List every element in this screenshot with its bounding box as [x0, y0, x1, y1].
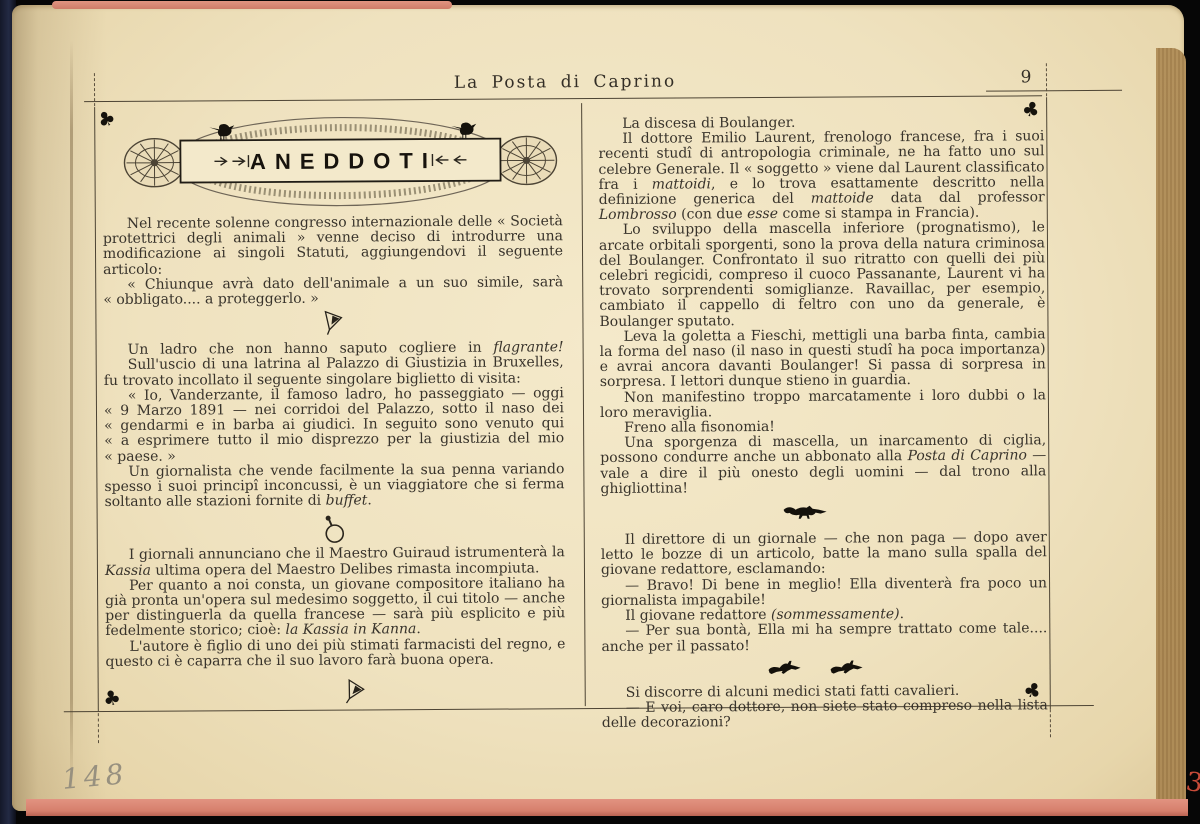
paragraph: Per quanto a noi consta, un giovane comp… [105, 576, 565, 640]
frame-tick-top-right [1046, 63, 1047, 96]
hares-icon [768, 659, 868, 677]
pennant-icon [322, 311, 344, 336]
book-page-scan: La Posta di Caprino 9 ♣ ♣ ♣ ♣ [0, 0, 1200, 824]
left-column: Nel recente solenne congresso internazio… [103, 214, 566, 707]
fox-icon [783, 504, 829, 524]
hare-icon [831, 660, 863, 673]
frame-tick-top-left [94, 73, 95, 106]
paragraph: Non manifestino troppo marcatamente i lo… [600, 388, 1046, 421]
banner-title: ANEDDOTI [250, 148, 437, 174]
monocle-icon [324, 515, 346, 545]
shell-ornament-right [496, 136, 556, 184]
header-rule-right [986, 90, 1122, 92]
paragraph: Un giornalista che vende facilmente la s… [104, 462, 564, 510]
red-edge-mark: 3 [1184, 767, 1200, 799]
quote-line: « Chiunque avrà dato dell'animale a un s… [103, 275, 563, 293]
right-column: La discesa di Boulanger. Il dottore Emil… [598, 114, 1048, 731]
paragraph: L'autore è figlio di uno dei più stimati… [105, 637, 565, 670]
paragraph: I giornali annunciano che il Maestro Gui… [105, 546, 565, 579]
section-banner: ANEDDOTI [114, 111, 567, 212]
quote-line: « obbligato.... a proteggerlo. » [103, 290, 563, 308]
paragraph: — E voi, caro dottore, non siete stato c… [602, 698, 1048, 731]
paragraph: — Bravo! Di bene in meglio! Ella divente… [601, 576, 1047, 609]
quote-line: « a esprimere tutto il mio disprezzo per… [104, 432, 564, 450]
paragraph: Lo sviluppo della mascella inferiore (pr… [599, 221, 1046, 330]
header-rule [84, 95, 1042, 102]
frame-tick-bottom-left [98, 713, 99, 743]
handwritten-page-number: 148 [61, 757, 129, 796]
paragraph: Nel recente solenne congresso internazio… [103, 214, 563, 278]
paragraph: Sull'uscio di una latrina al Palazzo di … [104, 356, 564, 389]
pennant-icon [341, 679, 368, 708]
frame-tick-bottom-right [1050, 709, 1051, 737]
running-head-title: La Posta di Caprino [405, 71, 725, 93]
column-divider-rule [581, 103, 586, 706]
paragraph: Una sporgenza di mascella, un inarcament… [600, 434, 1046, 498]
paragraph: — Per sua bontà, Ella mi ha sempre tratt… [601, 622, 1047, 655]
hare-icon [769, 660, 801, 673]
paragraph: Il direttore di un giornale — che non pa… [601, 530, 1047, 578]
printed-area: La Posta di Caprino 9 ♣ ♣ ♣ ♣ [0, 0, 1200, 824]
paragraph: Il dottore Emilio Laurent, frenologo fra… [598, 129, 1045, 223]
shell-ornament-left [124, 139, 184, 187]
paragraph: Leva la goletta a Fieschi, mettigli una … [599, 327, 1045, 391]
frame-left-rule [94, 107, 99, 711]
page-number: 9 [1012, 67, 1040, 87]
